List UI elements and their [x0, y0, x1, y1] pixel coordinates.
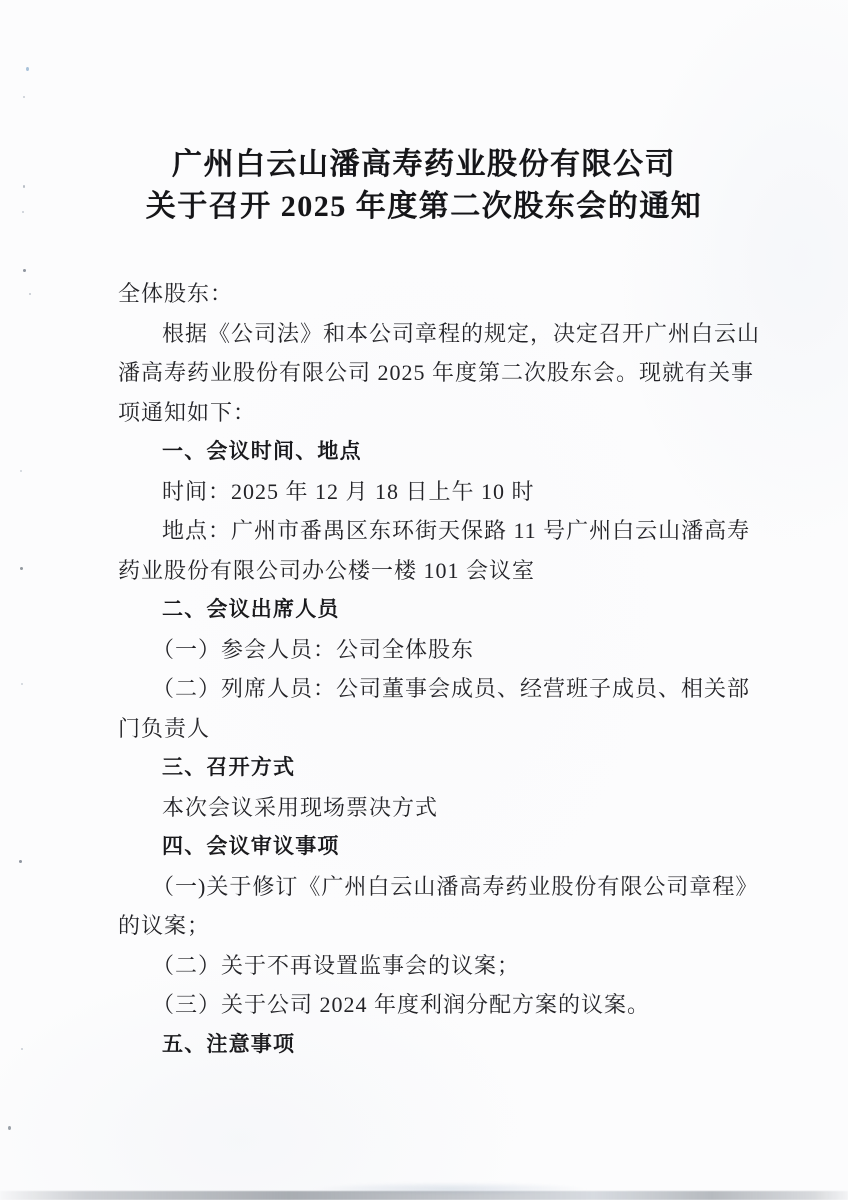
document-line: 潘高寿药业股份有限公司 2025 年度第二次股东会。现就有关事 [118, 353, 754, 393]
document-title-line1: 广州白云山潘高寿药业股份有限公司 [0, 144, 848, 186]
document-line: 三、召开方式 [118, 748, 754, 788]
document-title: 广州白云山潘高寿药业股份有限公司 关于召开 2025 年度第二次股东会的通知 [0, 144, 848, 228]
document-line: （一)关于修订《广州白云山潘高寿药业股份有限公司章程》 [118, 867, 754, 907]
document-line: 门负责人 [118, 709, 754, 749]
document-line: 本次会议采用现场票决方式 [118, 788, 754, 828]
document-line: 时间：2025 年 12 月 18 日上午 10 时 [118, 472, 754, 512]
document-line: 二、会议出席人员 [118, 590, 754, 630]
document-lines: 全体股东：根据《公司法》和本公司章程的规定，决定召开广州白云山潘高寿药业股份有限… [118, 274, 754, 1064]
scan-speck [23, 185, 25, 188]
scan-speck [21, 683, 23, 685]
document-line: 全体股东： [118, 274, 754, 314]
document-line: 药业股份有限公司办公楼一楼 101 会议室 [118, 551, 754, 591]
document-line: （二）关于不再设置监事会的议案； [118, 946, 754, 986]
document-line: （三）关于公司 2024 年度利润分配方案的议案。 [118, 985, 754, 1025]
scan-edge-shadow [0, 1191, 848, 1200]
scan-speck [21, 1048, 23, 1050]
scan-speck [8, 1126, 11, 1130]
scan-speck [23, 269, 26, 272]
scan-speck [22, 211, 24, 213]
document-line: 四、会议审议事项 [118, 827, 754, 867]
document-line: （二）列席人员：公司董事会成员、经营班子成员、相关部 [118, 669, 754, 709]
document-line: 的议案； [118, 906, 754, 946]
document-line: 五、注意事项 [118, 1025, 754, 1065]
scan-speck [19, 860, 22, 863]
document-line: 项通知如下： [118, 393, 754, 433]
document-title-line2: 关于召开 2025 年度第二次股东会的通知 [0, 186, 848, 228]
scanned-notice-page: 广州白云山潘高寿药业股份有限公司 关于召开 2025 年度第二次股东会的通知 全… [0, 0, 848, 1200]
scan-speck [26, 67, 29, 71]
document-line: 一、会议时间、地点 [118, 432, 754, 472]
scan-speck [20, 470, 22, 472]
scan-speck [29, 293, 31, 295]
scan-speck [20, 567, 23, 570]
document-line: 根据《公司法》和本公司章程的规定，决定召开广州白云山 [118, 314, 754, 354]
document-line: 地点：广州市番禺区东环街天保路 11 号广州白云山潘高寿 [118, 511, 754, 551]
document-line: （一）参会人员：公司全体股东 [118, 630, 754, 670]
scan-speck [23, 96, 25, 98]
